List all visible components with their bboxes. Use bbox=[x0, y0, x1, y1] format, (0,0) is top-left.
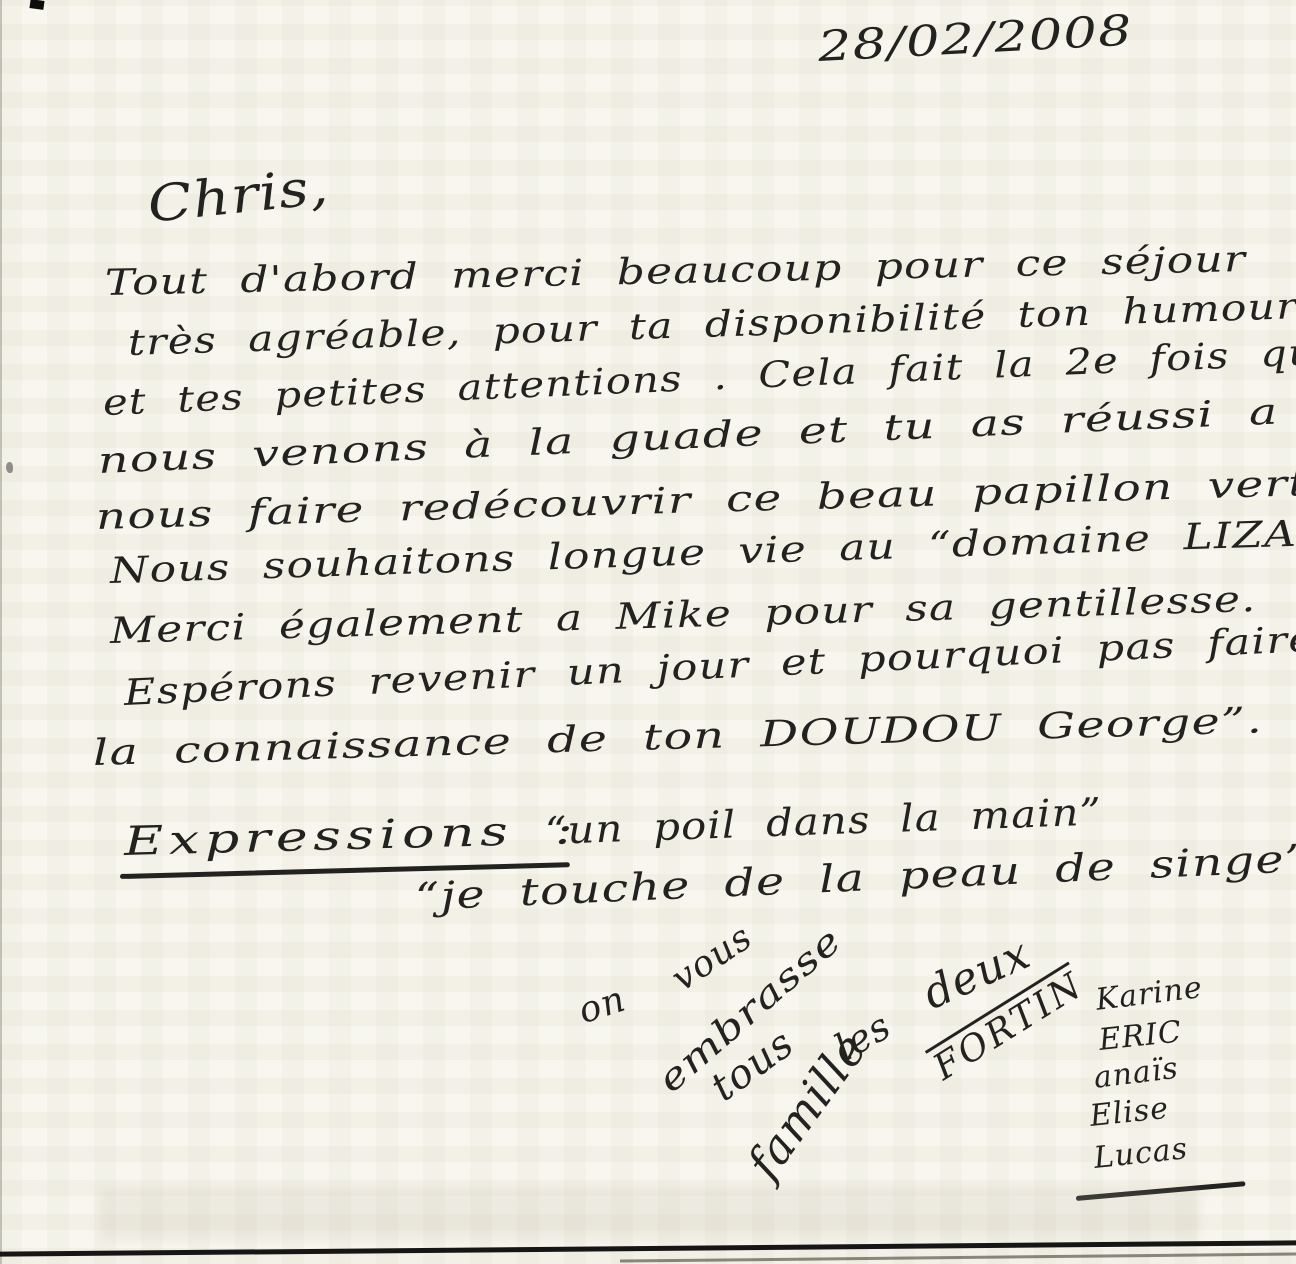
closing-word: on bbox=[574, 981, 630, 1030]
expression-item: “un poil dans la main” bbox=[544, 793, 1102, 850]
signature-member: Karine bbox=[1094, 973, 1204, 1016]
letter-date: 28/02/2008 bbox=[817, 10, 1134, 68]
scan-bottom-edge-line-2 bbox=[620, 1252, 1296, 1262]
signature-member: Elise bbox=[1088, 1094, 1170, 1132]
salutation: Chris, bbox=[145, 161, 331, 230]
expressions-heading: Expressions : bbox=[123, 810, 578, 862]
scan-left-edge bbox=[0, 0, 2, 1264]
letter-page: 28/02/2008 Chris, Tout d'abord merci bea… bbox=[0, 0, 1296, 1264]
scan-corner-mark bbox=[29, 0, 44, 10]
stray-ink-mark bbox=[6, 462, 13, 473]
signature-member: ERIC bbox=[1097, 1017, 1183, 1056]
signature-member: Lucas bbox=[1092, 1134, 1189, 1174]
scan-smudge bbox=[100, 1190, 1200, 1240]
body-line: la connaissance de ton DOUDOU George”. bbox=[92, 703, 1263, 772]
signature-member: anaïs bbox=[1092, 1054, 1180, 1094]
